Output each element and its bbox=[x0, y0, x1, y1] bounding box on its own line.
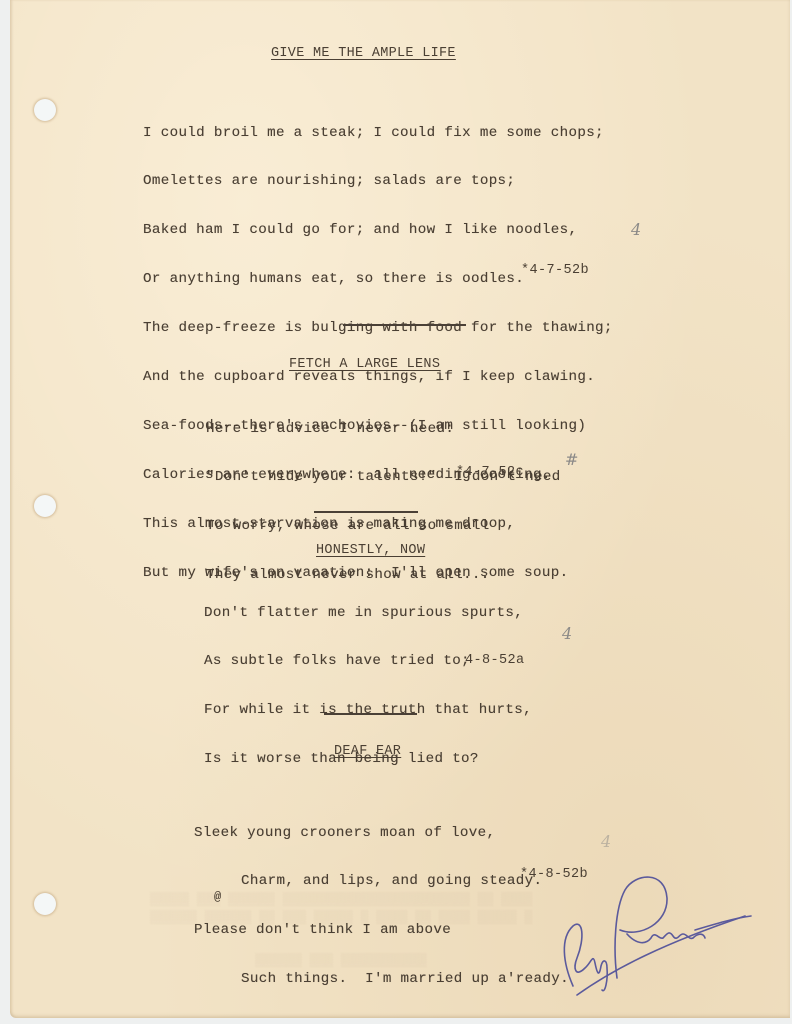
signature bbox=[555, 868, 755, 1003]
punch-hole-middle bbox=[34, 495, 56, 517]
bleed-through-text: ▒▒▒▒▒▒▒▒▒▒▒ ▒▒▒ ▒▒▒▒▒▒ bbox=[255, 953, 427, 968]
poem-title: HONESTLY, NOW bbox=[316, 543, 425, 558]
poem-title: FETCH A LARGE LENS bbox=[289, 357, 440, 372]
poem-line: Sleek young crooners moan of love, bbox=[194, 825, 569, 841]
poem-code: *4-7-52b bbox=[521, 263, 589, 278]
bleed-through-text: ▒ ▒▒▒▒▒ ▒▒▒▒ ▒▒ ▒▒▒▒ ▒ ▒▒▒▒▒ ▒▒▒ ▒▒ ▒▒▒▒… bbox=[150, 910, 532, 925]
poem-line: Baked ham I could go for; and how I like… bbox=[143, 222, 613, 238]
section-divider bbox=[343, 324, 466, 326]
pencil-margin-mark: 4 bbox=[631, 220, 641, 239]
poem-line: Such things. I'm married up a'ready. bbox=[194, 971, 569, 987]
section-divider bbox=[324, 713, 417, 715]
poem-code: *4-7-52c bbox=[456, 465, 524, 480]
poem-line: I could broil me a steak; I could fix me… bbox=[143, 125, 613, 141]
poem-line: Don't flatter me in spurious spurts, bbox=[204, 605, 532, 621]
poem-code: 4-8-52a bbox=[465, 653, 525, 668]
poem-line: Charm, and lips, and going steady. bbox=[194, 873, 569, 889]
poem-line: Here is advice I never heed: bbox=[206, 421, 561, 437]
punch-hole-bottom bbox=[34, 893, 56, 915]
pencil-margin-mark: 4 bbox=[562, 624, 572, 643]
poem-body: Here is advice I never heed: "Don't hide… bbox=[206, 388, 561, 600]
poem-line: Omelettes are nourishing; salads are top… bbox=[143, 173, 613, 189]
bleed-through-text: ▒▒▒▒ ▒▒ ▒▒▒▒▒▒▒▒▒▒▒▒▒▒▒▒▒▒▒▒▒▒▒▒ ▒▒▒▒▒▒ … bbox=[150, 892, 532, 907]
pencil-margin-mark: 4 bbox=[601, 832, 611, 851]
section-divider bbox=[314, 511, 418, 513]
poem-line: To worry, whose are all so small bbox=[206, 518, 561, 534]
stray-typed-mark: @ bbox=[214, 890, 222, 904]
poem-title: GIVE ME THE AMPLE LIFE bbox=[271, 46, 456, 61]
poem-title: DEAF EAR bbox=[334, 744, 401, 759]
poem-line: For while it is the truth that hurts, bbox=[204, 702, 532, 718]
pencil-margin-mark: # bbox=[565, 450, 578, 469]
poem-line: The deep-freeze is bulging with food for… bbox=[143, 320, 613, 336]
punch-hole-top bbox=[34, 99, 56, 121]
